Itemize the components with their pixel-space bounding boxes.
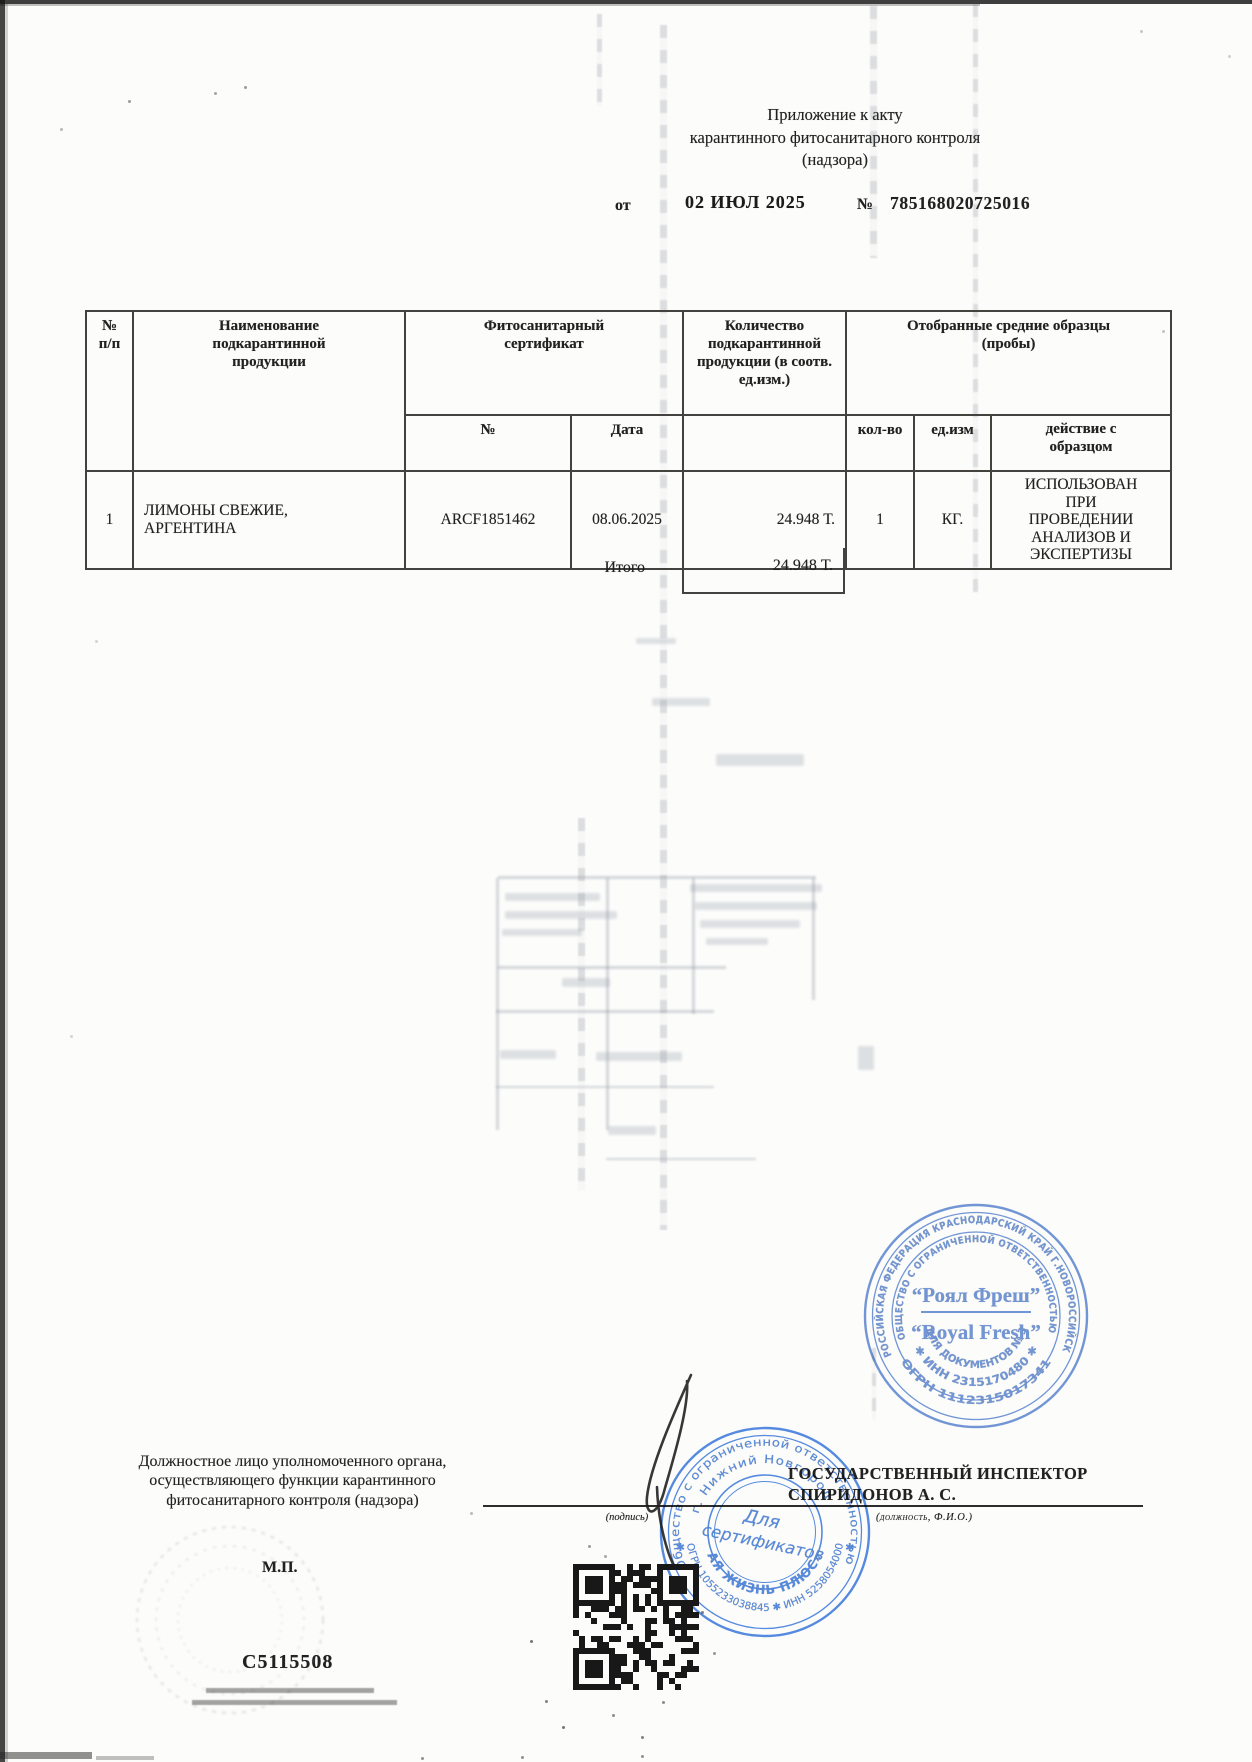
ghost-artifact <box>716 754 804 766</box>
sub-unit-header: ед.изм <box>914 415 991 471</box>
scan-streak <box>597 14 602 106</box>
scan-edge-left-shadow <box>5 0 8 1762</box>
ghost-artifact <box>500 1050 556 1059</box>
row-num-cell: 1 <box>86 471 133 569</box>
sub-qty-header: кол-во <box>846 415 914 471</box>
ghost-artifact <box>858 1046 874 1070</box>
ghost-artifact <box>608 1126 656 1135</box>
appendix-line1: Приложение к акту <box>555 104 1115 127</box>
from-label: от <box>615 197 631 215</box>
appendix-line3: (надзора) <box>555 149 1115 172</box>
ghost-artifact <box>596 1052 682 1061</box>
cert-number-cell: ARCF1851462 <box>405 471 571 569</box>
ghost-artifact <box>498 876 816 879</box>
ghost-artifact <box>690 884 822 892</box>
col-samples-header: Отобранные средние образцы (пробы) <box>846 311 1171 415</box>
sample-qty-cell: 1 <box>846 471 914 569</box>
certs-star-right: ✱ <box>845 1541 854 1554</box>
ghost-artifact <box>496 1010 714 1013</box>
sub-quantity-empty-cell <box>683 415 846 471</box>
ghost-artifact <box>496 1086 714 1088</box>
scan-specks <box>0 0 3 3</box>
royal-fresh-stamp: РОССИЙСКАЯ ФЕДЕРАЦИЯ КРАСНОДАРСКИЙ КРАЙ … <box>856 1196 1096 1436</box>
total-box: 24.948 Т. <box>682 548 845 594</box>
sample-unit-cell: КГ. <box>914 471 991 569</box>
ghost-artifact <box>812 878 815 1000</box>
scan-edge-top-shadow <box>0 4 980 6</box>
signature-stroke <box>560 1355 740 1585</box>
ghost-artifact <box>496 878 499 1130</box>
scan-streak <box>870 6 877 258</box>
ghost-artifact <box>636 638 676 644</box>
ghost-artifact <box>606 878 609 1130</box>
col-product-header: Наименование подкарантинной продукции <box>133 311 405 471</box>
fine-print-line <box>206 1688 374 1693</box>
appendix-heading: Приложение к акту карантинного фитосанит… <box>555 104 1115 172</box>
col-certificate-header: Фитосанитарный сертификат <box>405 311 683 415</box>
sample-action-cell: ИСПОЛЬЗОВАН ПРИ ПРОВЕДЕНИИ АНАЛИЗОВ И ЭК… <box>991 471 1171 569</box>
product-name-cell: ЛИМОНЫ СВЕЖИЕ, АРГЕНТИНА <box>133 471 405 569</box>
official-duty-text: Должностное лицо уполномоченного органа,… <box>95 1452 490 1510</box>
cert-date-cell: 08.06.2025 <box>571 471 683 569</box>
ghost-artifact <box>502 929 582 936</box>
act-number: 785168020725016 <box>890 193 1030 214</box>
ghost-artifact <box>700 920 800 928</box>
date-stamp: 02 ИЮЛ 2025 <box>685 192 806 213</box>
ghost-artifact <box>505 893 600 901</box>
appendix-line2: карантинного фитосанитарного контроля <box>555 127 1115 150</box>
scan-streak <box>578 818 585 1190</box>
royal-name-ru: “Роял Фреш” <box>912 1283 1041 1307</box>
fine-print-line <box>192 1700 397 1705</box>
ghost-artifact <box>706 938 768 945</box>
sub-cert-date-header: Дата <box>571 415 683 471</box>
total-value: 24.948 Т. <box>773 557 833 574</box>
ghost-artifact <box>562 978 610 987</box>
sub-action-header: действие с образцом <box>991 415 1171 471</box>
scanned-document-page: Приложение к акту карантинного фитосанит… <box>0 0 1252 1762</box>
ghost-artifact <box>695 902 817 910</box>
sub-cert-number-header: № <box>405 415 571 471</box>
qr-code <box>573 1564 699 1690</box>
col-num-header: № п/п <box>86 311 133 471</box>
scan-edge-bottom-mark <box>0 1752 92 1759</box>
products-table: № п/п Наименование подкарантинной продук… <box>85 310 1172 570</box>
ghost-artifact <box>606 1158 756 1160</box>
scan-streak <box>660 25 667 1230</box>
col-quantity-header: Количество подкарантинной продукции (в с… <box>683 311 846 415</box>
total-label: Итого <box>515 559 645 577</box>
ghost-artifact <box>652 698 710 706</box>
ghost-artifact <box>692 878 695 1014</box>
ghost-artifact <box>505 911 617 919</box>
position-caption: (должность, Ф.И.О.) <box>876 1512 973 1523</box>
scan-edge-bottom-mark <box>96 1756 154 1760</box>
royal-name-en: “Royal Fresh” <box>911 1320 1041 1344</box>
